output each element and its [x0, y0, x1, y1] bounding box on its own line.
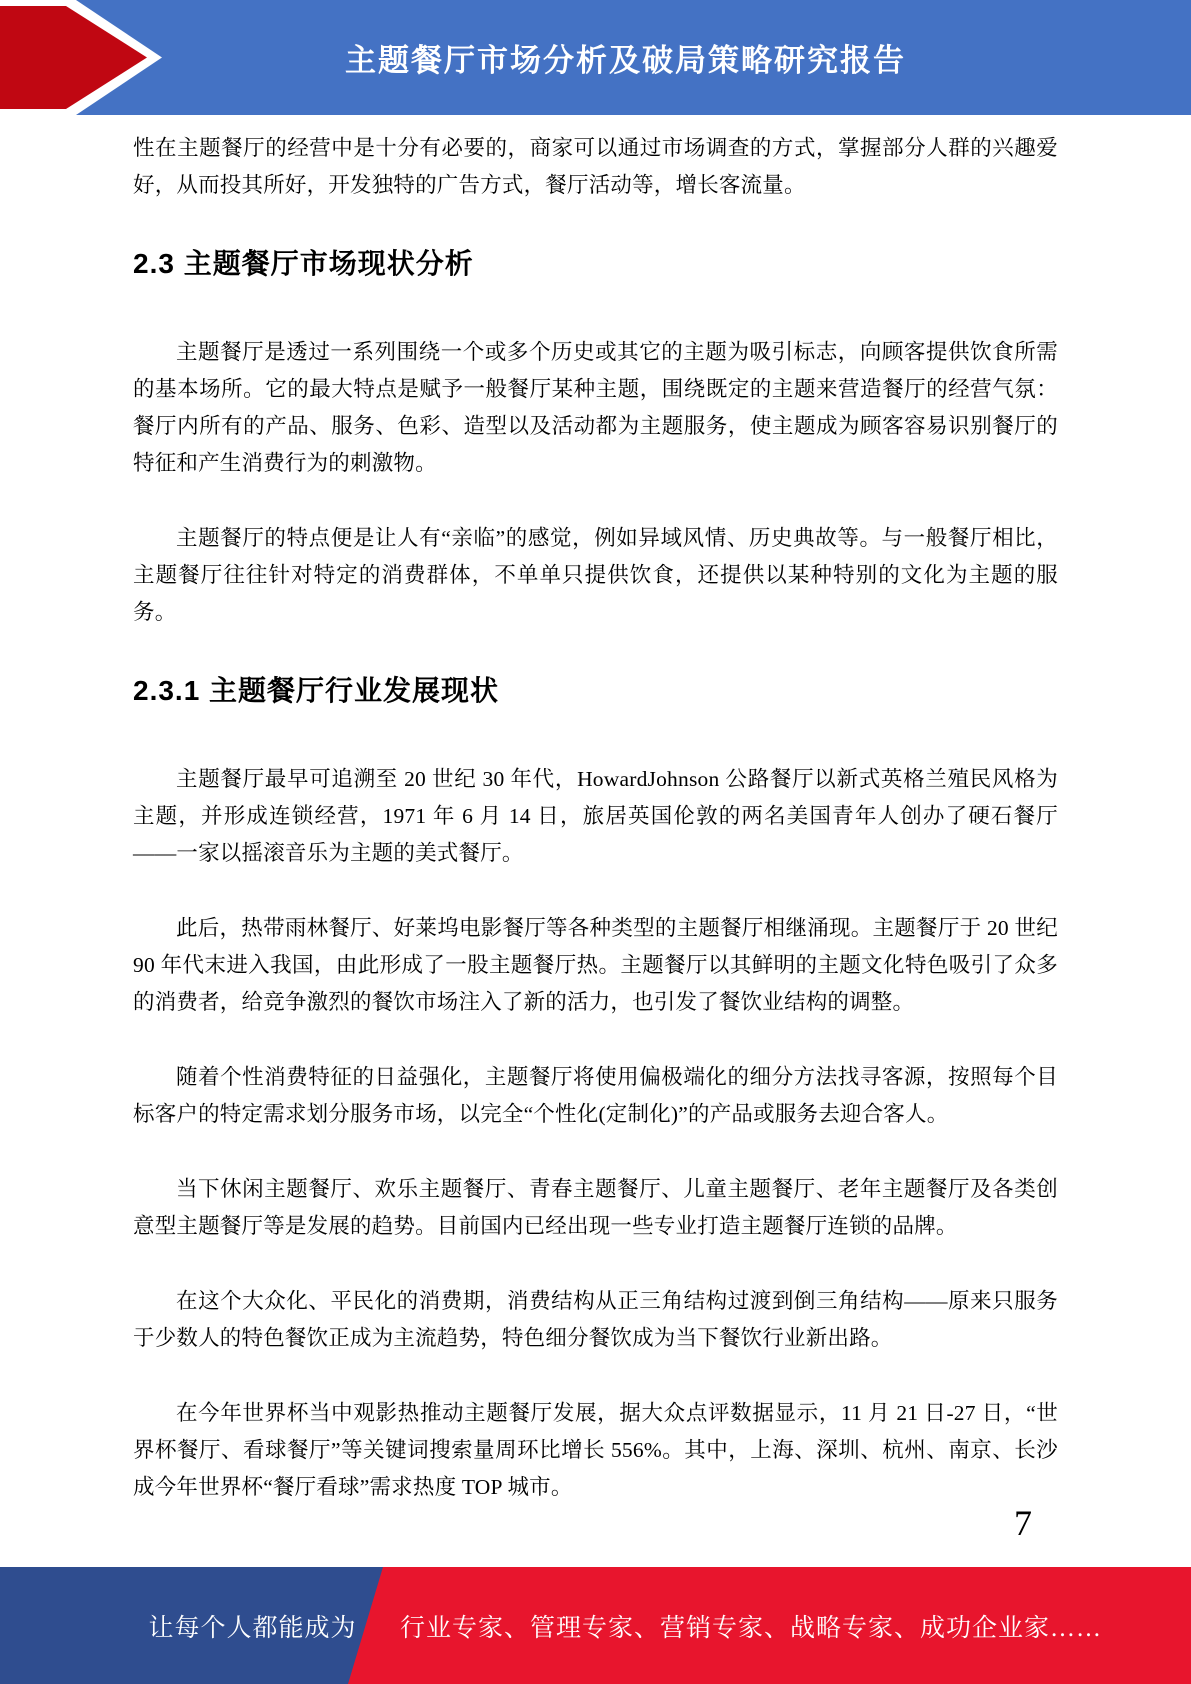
document-body: 性在主题餐厅的经营中是十分有必要的，商家可以通过市场调查的方式，掌握部分人群的兴…	[133, 130, 1058, 1544]
page-number: 7	[1014, 1502, 1032, 1544]
paragraph: 主题餐厅最早可追溯至 20 世纪 30 年代，HowardJohnson 公路餐…	[133, 761, 1058, 872]
paragraph: 主题餐厅是透过一系列围绕一个或多个历史或其它的主题为吸引标志，向顾客提供饮食所需…	[133, 334, 1058, 482]
footer-slogan-right: 行业专家、管理专家、营销专家、战略专家、成功企业家……	[400, 1567, 1102, 1684]
report-title: 主题餐厅市场分析及破局策略研究报告	[0, 0, 1191, 115]
paragraph: 在这个大众化、平民化的消费期，消费结构从正三角结构过渡到倒三角结构——原来只服务…	[133, 1283, 1058, 1357]
paragraph: 在今年世界杯当中观影热推动主题餐厅发展，据大众点评数据显示，11 月 21 日-…	[133, 1395, 1058, 1506]
section-heading-2-3-1: 2.3.1 主题餐厅行业发展现状	[133, 669, 1058, 713]
paragraph: 当下休闲主题餐厅、欢乐主题餐厅、青春主题餐厅、儿童主题餐厅、老年主题餐厅及各类创…	[133, 1171, 1058, 1245]
paragraph: 主题餐厅的特点便是让人有“亲临”的感觉，例如异域风情、历史典故等。与一般餐厅相比…	[133, 520, 1058, 631]
paragraph: 随着个性消费特征的日益强化，主题餐厅将使用偏极端化的细分方法找寻客源，按照每个目…	[133, 1059, 1058, 1133]
page-footer: 让每个人都能成为 行业专家、管理专家、营销专家、战略专家、成功企业家……	[0, 1567, 1191, 1684]
paragraph: 此后，热带雨林餐厅、好莱坞电影餐厅等各种类型的主题餐厅相继涌现。主题餐厅于 20…	[133, 910, 1058, 1021]
footer-slogan-left: 让每个人都能成为	[145, 1567, 360, 1684]
section-heading-2-3: 2.3 主题餐厅市场现状分析	[133, 242, 1058, 286]
paragraph-intro-continuation: 性在主题餐厅的经营中是十分有必要的，商家可以通过市场调查的方式，掌握部分人群的兴…	[133, 130, 1058, 204]
report-header: 主题餐厅市场分析及破局策略研究报告	[0, 0, 1191, 115]
